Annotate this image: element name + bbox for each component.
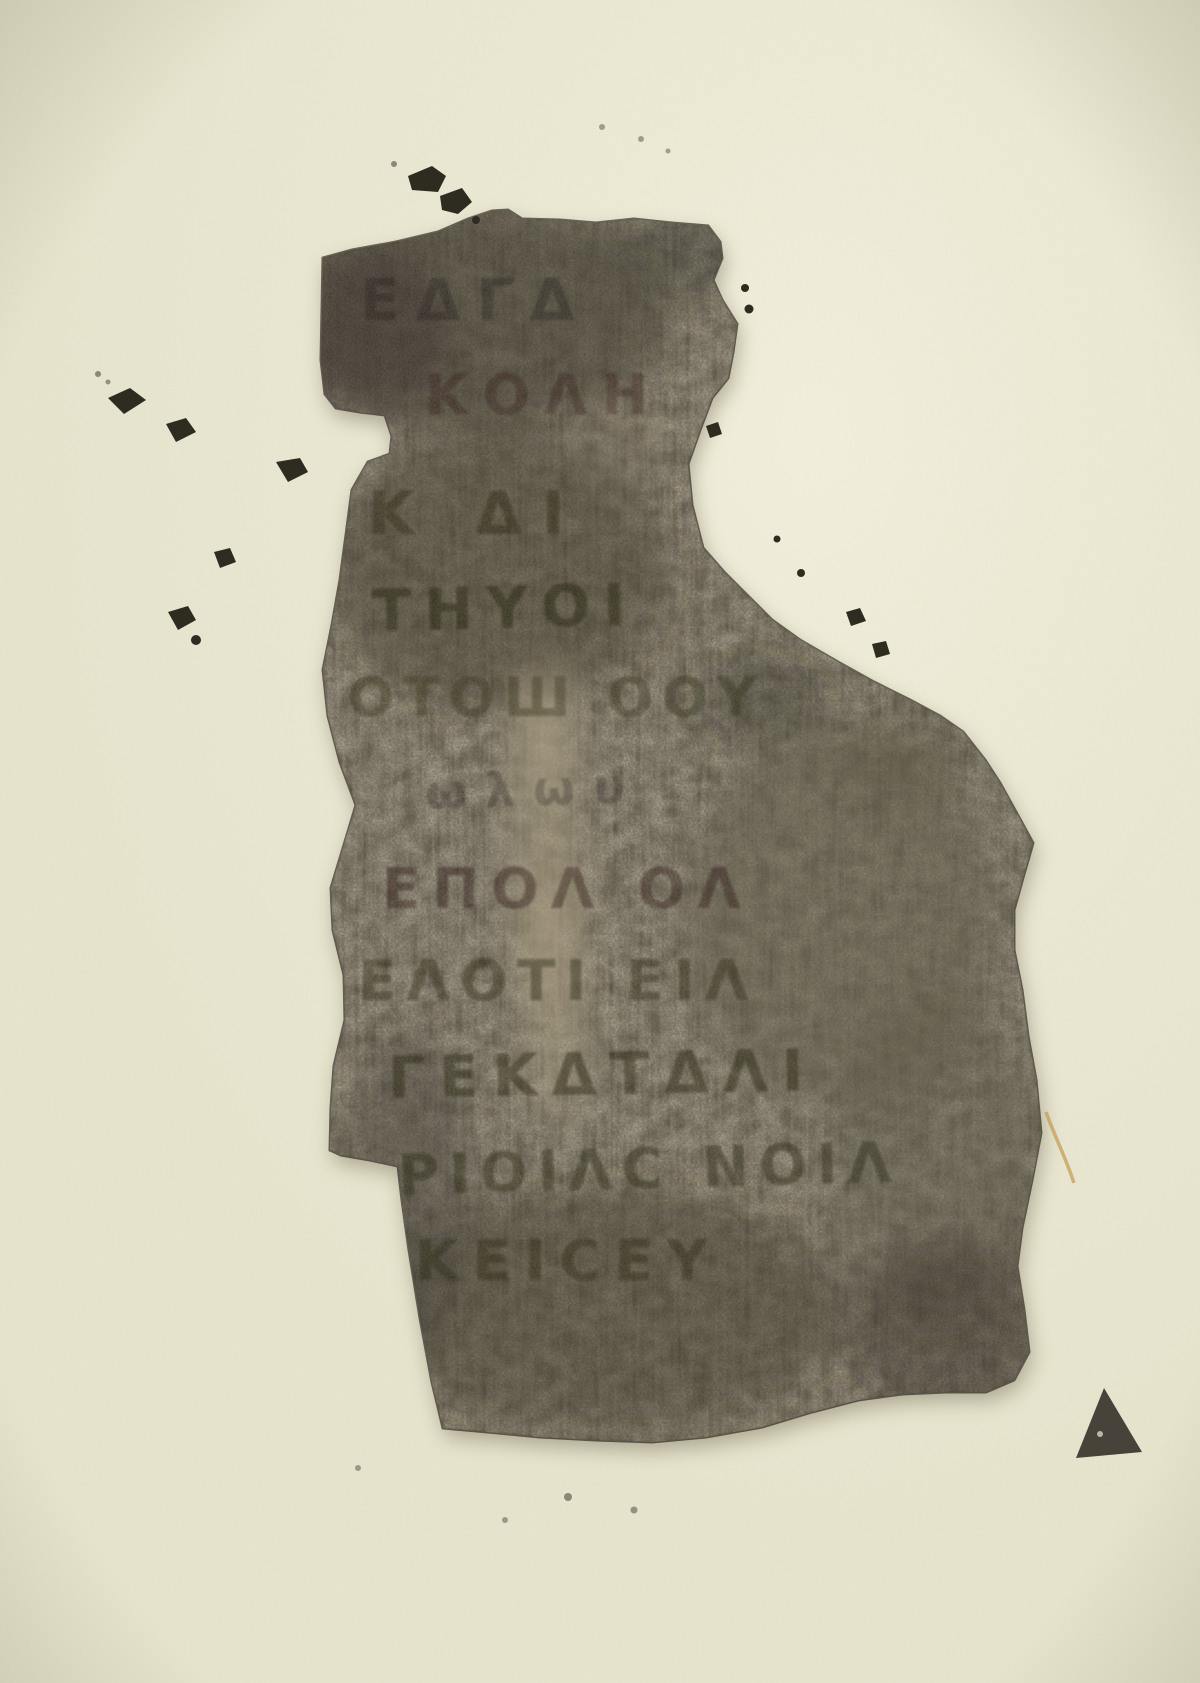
debris-dot	[391, 161, 397, 167]
debris-dot	[95, 371, 101, 377]
debris-triangle-highlight	[1097, 1431, 1103, 1437]
debris-dot	[106, 380, 111, 385]
debris-dot	[502, 1517, 508, 1523]
debris-dot	[774, 536, 781, 543]
debris-dot	[741, 284, 749, 292]
debris-dot	[564, 1493, 572, 1501]
photo-of-papyrus-fragment: ΕΔΓΔ ΚΟΛΗ Κ ΔΙ ΤΗΥΟΙ ΟΤΟШ ΟΟΥ ωλωυ ΕΠΟΛ …	[0, 0, 1200, 1683]
debris-dot	[599, 124, 605, 130]
debris-dot	[472, 216, 480, 224]
debris-dot	[191, 635, 201, 645]
debris-dot	[745, 305, 754, 314]
debris-dot	[355, 1465, 361, 1471]
debris-dot	[631, 1507, 638, 1514]
debris-dot	[797, 569, 805, 577]
debris-dot	[638, 136, 644, 142]
debris-dot	[666, 149, 671, 154]
